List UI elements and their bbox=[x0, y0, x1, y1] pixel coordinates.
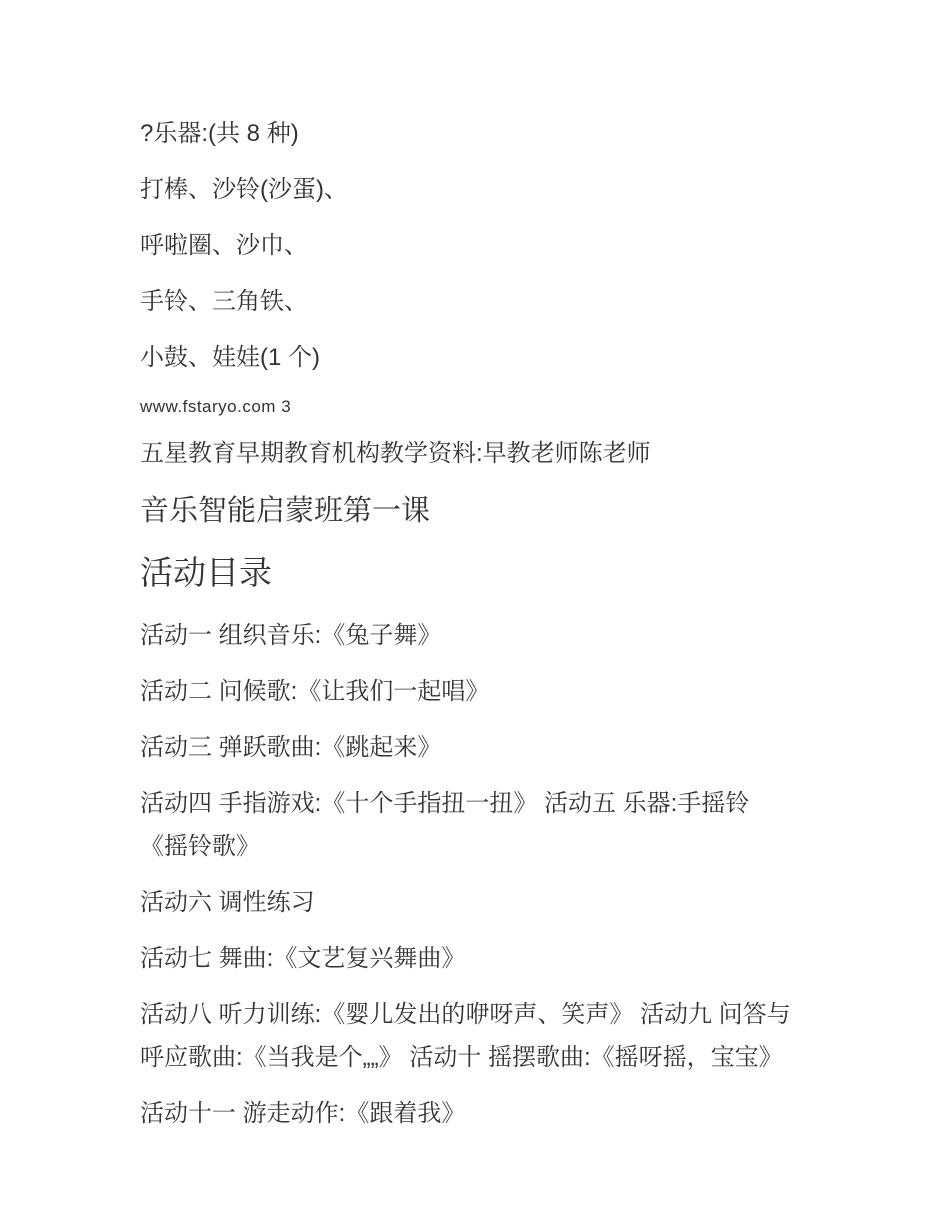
toc-activity-7: 活动七 舞曲:《文艺复兴舞曲》 bbox=[140, 937, 900, 980]
toc-activity-8-9-10: 活动八 听力训练:《婴儿发出的咿呀声、笑声》 活动九 问答与 呼应歌曲:《当我是… bbox=[140, 993, 900, 1079]
toc-heading: 活动目录 bbox=[140, 548, 900, 598]
toc-activity-6: 活动六 调性练习 bbox=[140, 881, 900, 924]
instrument-list-line-2: 呼啦圈、沙巾、 bbox=[140, 224, 900, 267]
course-title: 音乐智能启蒙班第一课 bbox=[140, 488, 900, 534]
doc-source-header-line: 五星教育早期教育机构教学资料:早教老师陈老师 bbox=[140, 432, 900, 475]
toc-activity-4-5: 活动四 手指游戏:《十个手指扭一扭》 活动五 乐器:手摇铃 《摇铃歌》 bbox=[140, 782, 900, 868]
source-url-page-line: www.fstaryo.com 3 bbox=[140, 392, 900, 422]
instruments-count-line: ?乐器:(共 8 种) bbox=[140, 112, 900, 155]
toc-activity-3: 活动三 弹跃歌曲:《跳起来》 bbox=[140, 726, 900, 769]
instrument-list-line-4: 小鼓、娃娃(1 个) bbox=[140, 336, 900, 379]
document-page: ?乐器:(共 8 种) 打棒、沙铃(沙蛋)、 呼啦圈、沙巾、 手铃、三角铁、 小… bbox=[0, 0, 950, 1230]
instrument-list-line-3: 手铃、三角铁、 bbox=[140, 280, 900, 323]
instrument-list-line-1: 打棒、沙铃(沙蛋)、 bbox=[140, 168, 900, 211]
toc-activity-1: 活动一 组织音乐:《兔子舞》 bbox=[140, 614, 900, 657]
toc-activity-11: 活动十一 游走动作:《跟着我》 bbox=[140, 1092, 900, 1135]
toc-activity-2: 活动二 问候歌:《让我们一起唱》 bbox=[140, 670, 900, 713]
